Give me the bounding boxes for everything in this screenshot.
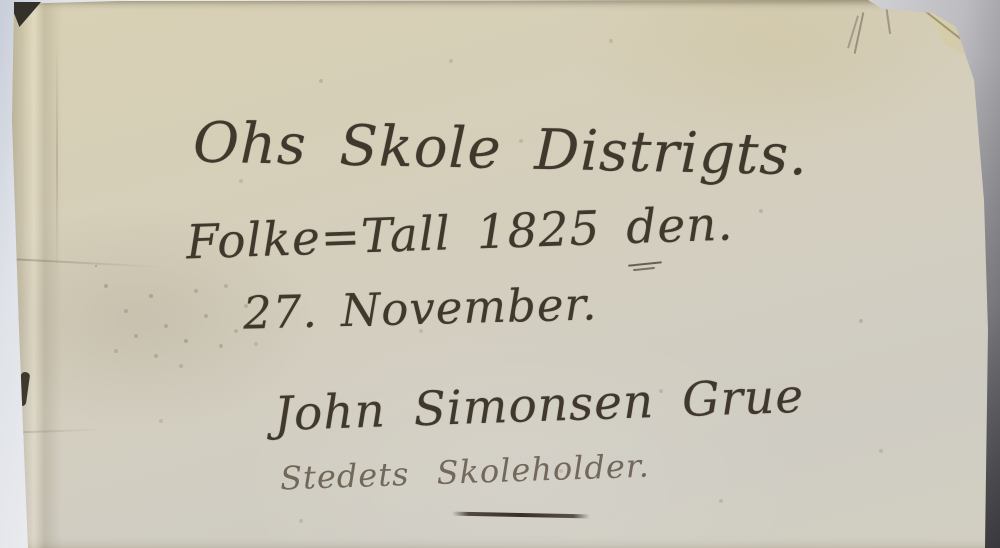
manuscript-line-census-year: Folke=Tall 1825 den. (185, 200, 734, 266)
paper-crease (56, 40, 58, 280)
binding-stitch (13, 533, 22, 546)
paper-fiber-specks (0, 0, 2, 2)
ink-rule (452, 512, 590, 519)
manuscript-line-date: 27. November. (242, 281, 597, 335)
ink-stain-speckles (95, 265, 97, 267)
underline-flourish (628, 261, 662, 267)
manuscript-cover-page: Ohs Skole Distrigts. Folke=Tall 1825 den… (0, 0, 1000, 548)
manuscript-line-title: Ohs Skole Distrigts. (192, 116, 808, 185)
manuscript-line-role: Stedets Skoleholder. (280, 450, 651, 495)
binding-stitch (12, 458, 25, 510)
underline-flourish (633, 267, 655, 271)
spine-fold (0, 0, 62, 548)
manuscript-line-name: John Simonsen Grue (273, 373, 805, 438)
photo-backdrop: Ohs Skole Distrigts. Folke=Tall 1825 den… (0, 0, 1000, 548)
